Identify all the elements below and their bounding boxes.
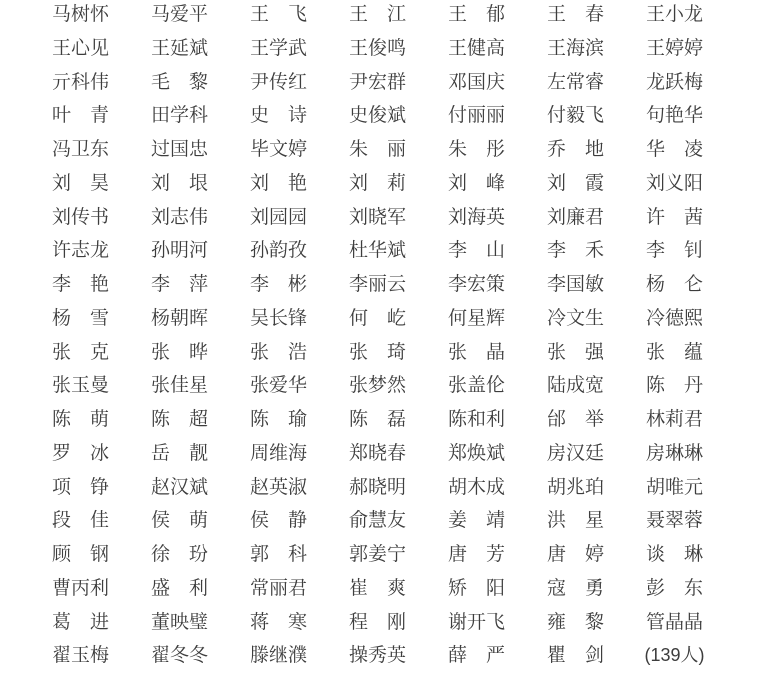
name-cell: 孙明河 bbox=[130, 234, 229, 268]
name-cell: 胡木成 bbox=[427, 471, 526, 505]
name-cell: 杨 雪 bbox=[31, 302, 130, 336]
name-cell: 张玉曼 bbox=[31, 369, 130, 403]
name-cell: 张 晶 bbox=[427, 336, 526, 370]
name-cell: 房琳琳 bbox=[625, 437, 724, 471]
name-cell: 郑焕斌 bbox=[427, 437, 526, 471]
name-cell: 过国忠 bbox=[130, 133, 229, 167]
name-cell: 刘 昊 bbox=[31, 167, 130, 201]
name-cell: 华 凌 bbox=[625, 133, 724, 167]
name-cell: 何 屹 bbox=[328, 302, 427, 336]
name-cell: 王 飞 bbox=[229, 0, 328, 32]
name-cell: 马树怀 bbox=[31, 0, 130, 32]
name-cell: 龙跃梅 bbox=[625, 66, 724, 100]
name-cell: 王学武 bbox=[229, 32, 328, 66]
name-cell: 李 山 bbox=[427, 234, 526, 268]
name-cell: 林莉君 bbox=[625, 403, 724, 437]
name-cell: 顾 钢 bbox=[31, 538, 130, 572]
name-cell: 葛 进 bbox=[31, 606, 130, 640]
name-cell: 刘园园 bbox=[229, 201, 328, 235]
name-cell: 句艳华 bbox=[625, 99, 724, 133]
name-cell: 王海滨 bbox=[526, 32, 625, 66]
name-cell: 陆成宽 bbox=[526, 369, 625, 403]
name-cell: 陈 超 bbox=[130, 403, 229, 437]
name-cell: 孙韵孜 bbox=[229, 234, 328, 268]
name-cell: 胡兆珀 bbox=[526, 471, 625, 505]
name-cell: 毕文婷 bbox=[229, 133, 328, 167]
name-cell: 程 刚 bbox=[328, 606, 427, 640]
name-cell: 段 佳 bbox=[31, 504, 130, 538]
name-cell: 张 琦 bbox=[328, 336, 427, 370]
name-cell: 张 浩 bbox=[229, 336, 328, 370]
name-cell: 邓国庆 bbox=[427, 66, 526, 100]
name-cell: 左常睿 bbox=[526, 66, 625, 100]
name-cell: 唐 芳 bbox=[427, 538, 526, 572]
name-cell: 邰 举 bbox=[526, 403, 625, 437]
name-cell: 王 春 bbox=[526, 0, 625, 32]
name-cell: 张梦然 bbox=[328, 369, 427, 403]
name-cell: 张爱华 bbox=[229, 369, 328, 403]
name-cell: 盛 利 bbox=[130, 572, 229, 606]
name-cell: 常丽君 bbox=[229, 572, 328, 606]
name-cell: 史俊斌 bbox=[328, 99, 427, 133]
name-cell: 矫 阳 bbox=[427, 572, 526, 606]
name-cell: 乔 地 bbox=[526, 133, 625, 167]
name-cell: 李丽云 bbox=[328, 268, 427, 302]
name-cell: 毛 黎 bbox=[130, 66, 229, 100]
name-cell: 唐 婷 bbox=[526, 538, 625, 572]
name-cell: 操秀英 bbox=[328, 639, 427, 673]
name-cell: 胡唯元 bbox=[625, 471, 724, 505]
name-cell: 郑晓春 bbox=[328, 437, 427, 471]
name-cell: 彭 东 bbox=[625, 572, 724, 606]
name-cell: 董映璧 bbox=[130, 606, 229, 640]
name-cell: 刘传书 bbox=[31, 201, 130, 235]
total-count: (139人) bbox=[625, 639, 724, 673]
name-cell: 史 诗 bbox=[229, 99, 328, 133]
name-cell: 许志龙 bbox=[31, 234, 130, 268]
name-cell: 李 萍 bbox=[130, 268, 229, 302]
name-cell: 翟玉梅 bbox=[31, 639, 130, 673]
name-roster: 马树怀马爱平王 飞王 江王 郁王 春王小龙王心见王延斌王学武王俊鸣王健高王海滨王… bbox=[0, 0, 765, 673]
name-cell: 郭 科 bbox=[229, 538, 328, 572]
name-cell: 张佳星 bbox=[130, 369, 229, 403]
name-cell: 郭姜宁 bbox=[328, 538, 427, 572]
name-cell: 马爱平 bbox=[130, 0, 229, 32]
name-cell: 刘义阳 bbox=[625, 167, 724, 201]
name-cell: 张 蕴 bbox=[625, 336, 724, 370]
name-cell: 李宏策 bbox=[427, 268, 526, 302]
name-cell: 王心见 bbox=[31, 32, 130, 66]
name-cell: 冯卫东 bbox=[31, 133, 130, 167]
name-cell: 洪 星 bbox=[526, 504, 625, 538]
name-cell: 崔 爽 bbox=[328, 572, 427, 606]
name-cell: 张 强 bbox=[526, 336, 625, 370]
name-cell: 聂翠蓉 bbox=[625, 504, 724, 538]
name-cell: 罗 冰 bbox=[31, 437, 130, 471]
name-cell: 王延斌 bbox=[130, 32, 229, 66]
name-cell: 刘海英 bbox=[427, 201, 526, 235]
name-cell: 张 克 bbox=[31, 336, 130, 370]
name-cell: 姜 靖 bbox=[427, 504, 526, 538]
name-cell: 房汉廷 bbox=[526, 437, 625, 471]
name-cell: 瞿 剑 bbox=[526, 639, 625, 673]
name-cell: 赵英淑 bbox=[229, 471, 328, 505]
name-cell: 滕继濮 bbox=[229, 639, 328, 673]
name-cell: 李 彬 bbox=[229, 268, 328, 302]
name-cell: 刘志伟 bbox=[130, 201, 229, 235]
name-cell: 陈 磊 bbox=[328, 403, 427, 437]
name-cell: 陈 瑜 bbox=[229, 403, 328, 437]
name-cell: 杨 仑 bbox=[625, 268, 724, 302]
name-cell: 陈 萌 bbox=[31, 403, 130, 437]
name-cell: 刘 艳 bbox=[229, 167, 328, 201]
name-cell: 王小龙 bbox=[625, 0, 724, 32]
name-cell: 李 禾 bbox=[526, 234, 625, 268]
name-cell: 朱 彤 bbox=[427, 133, 526, 167]
name-cell: 蒋 寒 bbox=[229, 606, 328, 640]
name-cell: 冷文生 bbox=[526, 302, 625, 336]
name-cell: 许 茜 bbox=[625, 201, 724, 235]
name-cell: 俞慧友 bbox=[328, 504, 427, 538]
name-cell: 侯 静 bbox=[229, 504, 328, 538]
name-cell: 谢开飞 bbox=[427, 606, 526, 640]
name-cell: 王俊鸣 bbox=[328, 32, 427, 66]
name-cell: 尹宏群 bbox=[328, 66, 427, 100]
name-cell: 管晶晶 bbox=[625, 606, 724, 640]
name-cell: 张盖伦 bbox=[427, 369, 526, 403]
name-cell: 寇 勇 bbox=[526, 572, 625, 606]
name-cell: 项 铮 bbox=[31, 471, 130, 505]
name-cell: 郝晓明 bbox=[328, 471, 427, 505]
name-cell: 冷德熙 bbox=[625, 302, 724, 336]
name-cell: 王健高 bbox=[427, 32, 526, 66]
name-cell: 雍 黎 bbox=[526, 606, 625, 640]
name-cell: 刘晓军 bbox=[328, 201, 427, 235]
name-cell: 徐 玢 bbox=[130, 538, 229, 572]
name-cell: 刘 垠 bbox=[130, 167, 229, 201]
name-cell: 刘 峰 bbox=[427, 167, 526, 201]
name-cell: 王 江 bbox=[328, 0, 427, 32]
name-cell: 叶 青 bbox=[31, 99, 130, 133]
name-cell: 尹传红 bbox=[229, 66, 328, 100]
name-cell: 刘廉君 bbox=[526, 201, 625, 235]
name-cell: 侯 萌 bbox=[130, 504, 229, 538]
name-cell: 刘 霞 bbox=[526, 167, 625, 201]
name-cell: 王 郁 bbox=[427, 0, 526, 32]
name-cell: 张 晔 bbox=[130, 336, 229, 370]
name-cell: 李 钊 bbox=[625, 234, 724, 268]
name-cell: 岳 靓 bbox=[130, 437, 229, 471]
name-cell: 谈 琳 bbox=[625, 538, 724, 572]
name-cell: 何星辉 bbox=[427, 302, 526, 336]
name-cell: 曹丙利 bbox=[31, 572, 130, 606]
name-cell: 刘 莉 bbox=[328, 167, 427, 201]
name-cell: 付丽丽 bbox=[427, 99, 526, 133]
name-cell: 陈 丹 bbox=[625, 369, 724, 403]
name-cell: 吴长锋 bbox=[229, 302, 328, 336]
name-cell: 杜华斌 bbox=[328, 234, 427, 268]
name-cell: 翟冬冬 bbox=[130, 639, 229, 673]
name-cell: 赵汉斌 bbox=[130, 471, 229, 505]
name-cell: 李国敏 bbox=[526, 268, 625, 302]
name-cell: 薛 严 bbox=[427, 639, 526, 673]
name-cell: 田学科 bbox=[130, 99, 229, 133]
name-cell: 杨朝晖 bbox=[130, 302, 229, 336]
name-cell: 李 艳 bbox=[31, 268, 130, 302]
name-cell: 陈和利 bbox=[427, 403, 526, 437]
name-cell: 王婷婷 bbox=[625, 32, 724, 66]
name-cell: 朱 丽 bbox=[328, 133, 427, 167]
name-cell: 付毅飞 bbox=[526, 99, 625, 133]
name-cell: 周维海 bbox=[229, 437, 328, 471]
name-cell: 亓科伟 bbox=[31, 66, 130, 100]
